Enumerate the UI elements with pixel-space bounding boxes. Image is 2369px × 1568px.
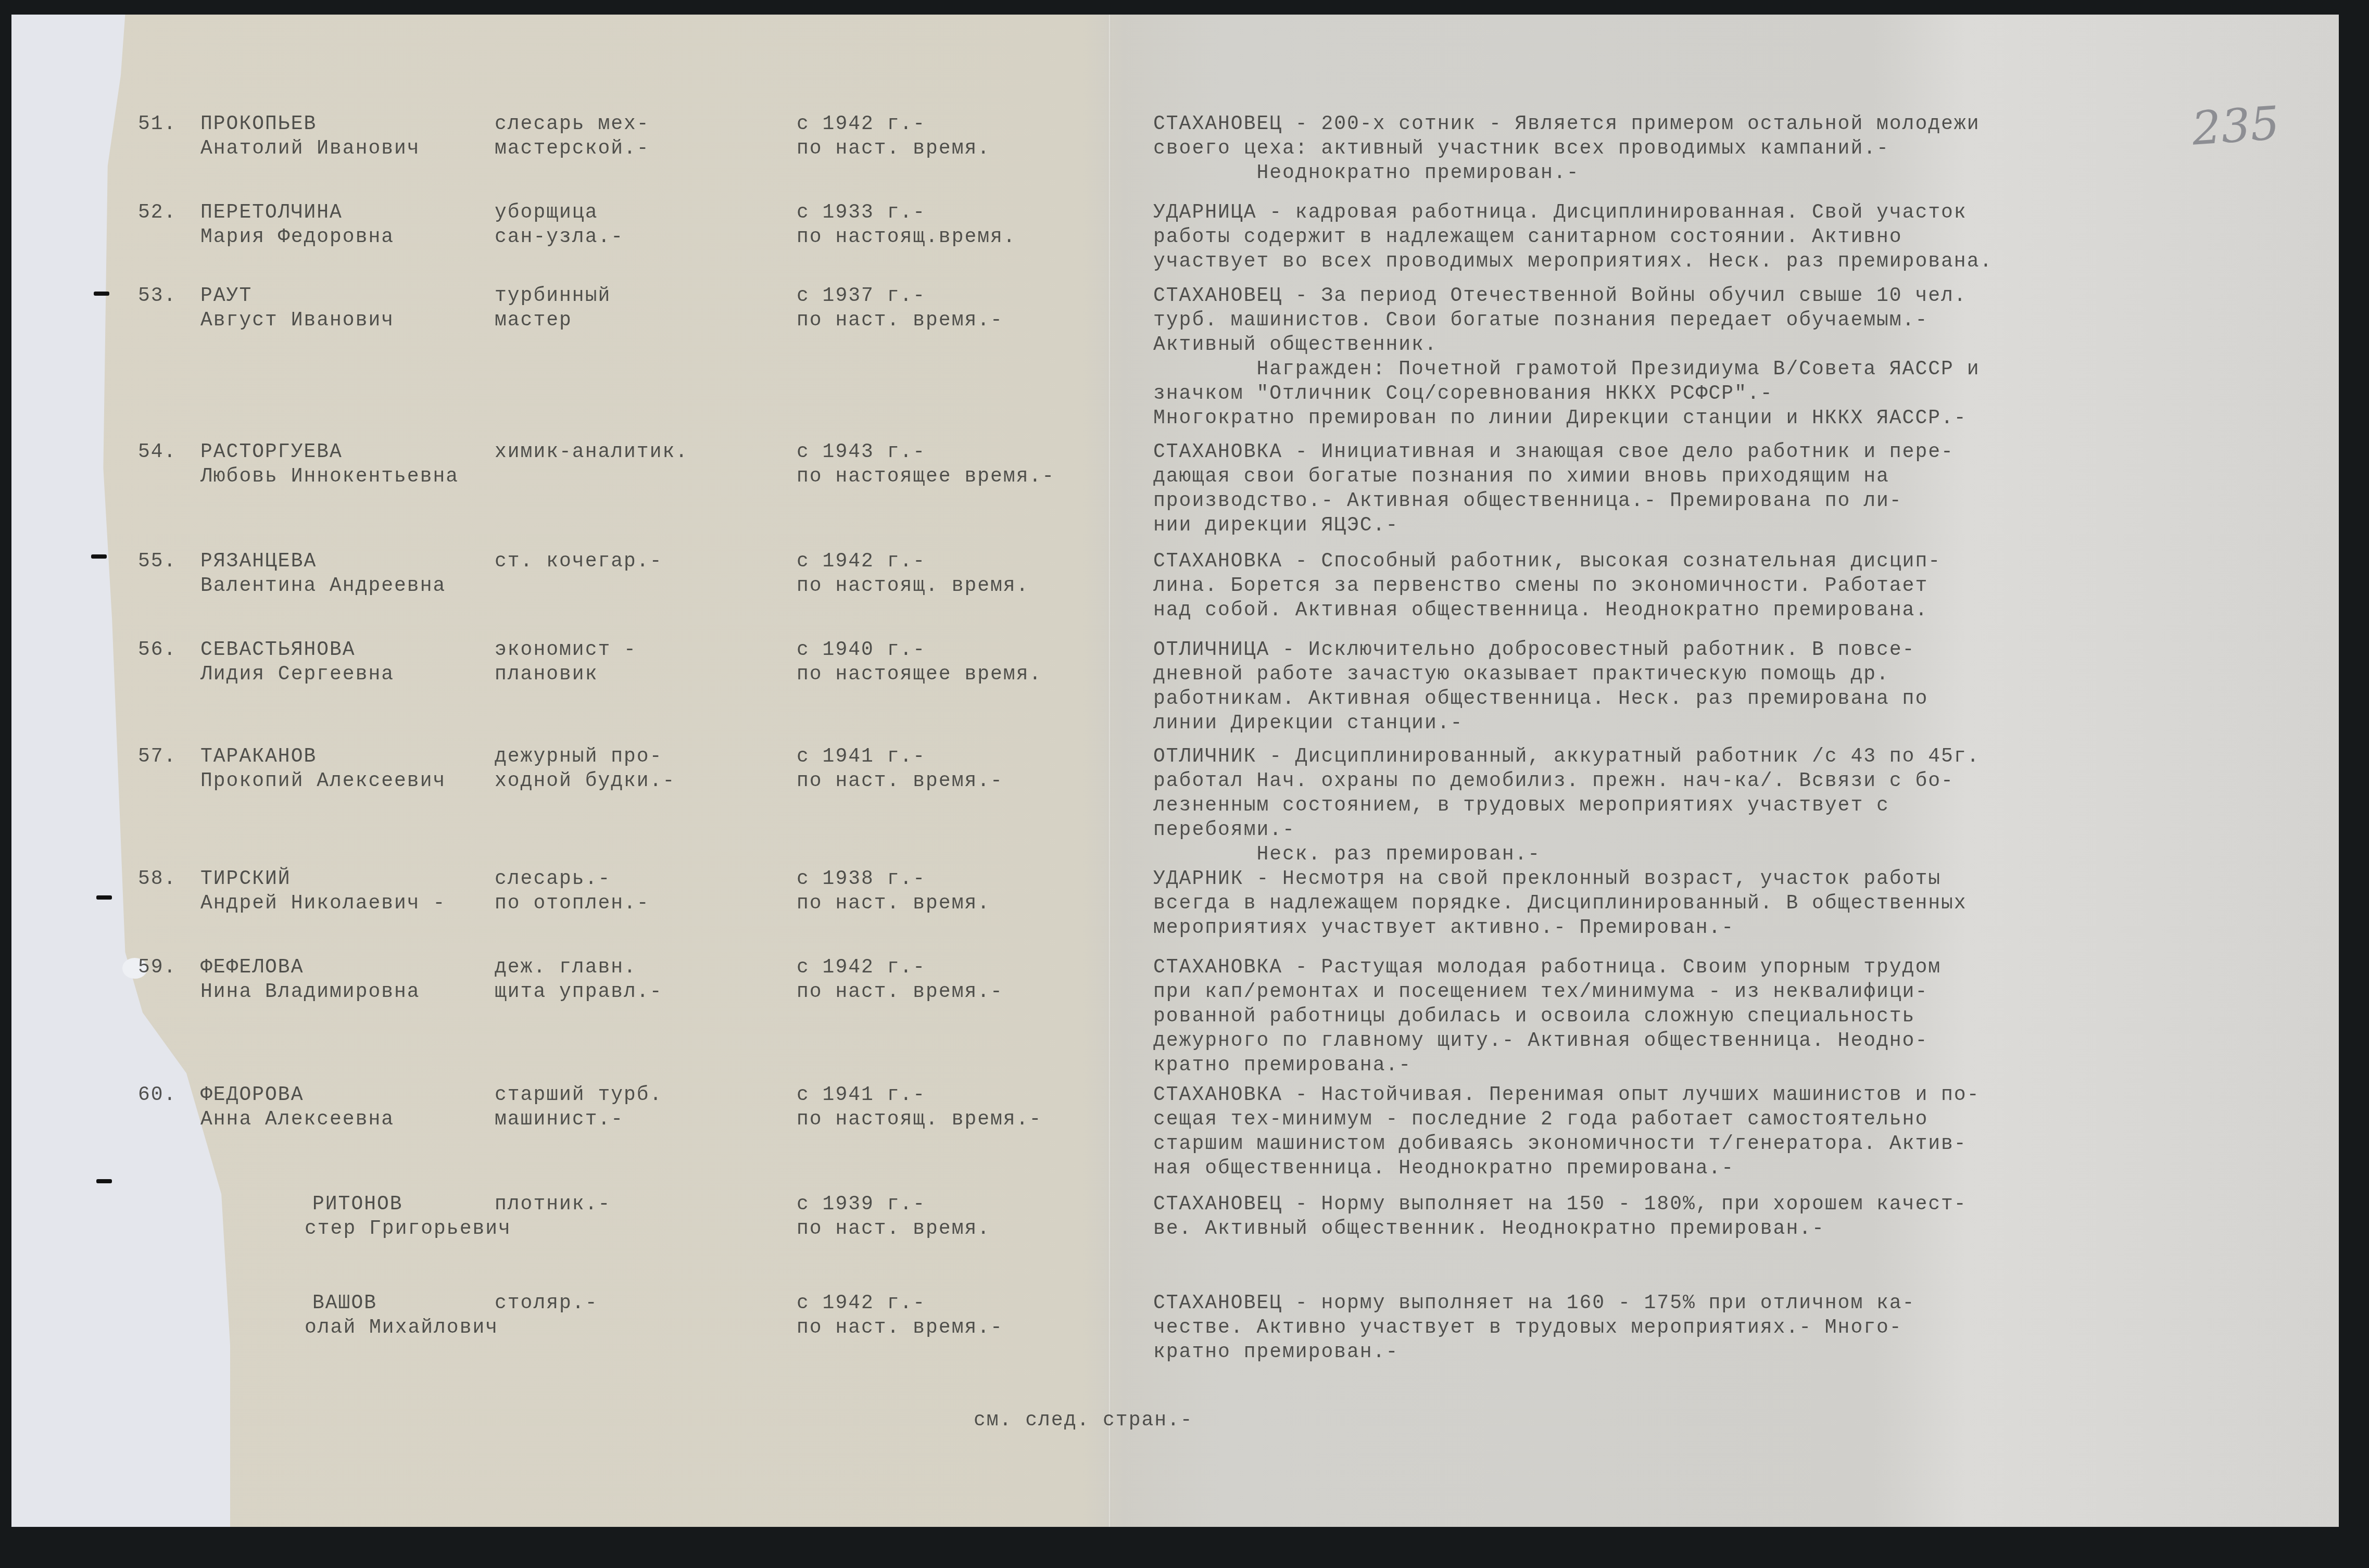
entry-period-line: с 1937 г.- [797,284,926,308]
entry-given-names: Любовь Иннокентьевна [200,464,459,489]
entry-period-line: по наст. время.- [797,308,1003,333]
entry-description-line: СТАХАНОВКА - Растущая молодая работница.… [1153,955,1941,980]
entry-surname: РАСТОРГУЕВА [200,440,343,464]
entry-given-names: олай Михайлович [305,1316,498,1340]
entry-period-line: по наст. время.- [797,769,1003,793]
staple-mark [91,554,107,559]
entry-description-line: ОТЛИЧНИЦА - Исключительно добросовестный… [1153,638,1915,662]
entry-number: 55. [138,549,177,574]
entry-description-line: СТАХАНОВЕЦ - норму выполняет на 160 - 17… [1153,1291,1915,1316]
entry-position-line: мастерской.- [495,136,650,161]
entry-period-line: с 1942 г.- [797,955,926,980]
entry-position-line: столяр.- [495,1291,598,1316]
entry-given-names: Мария Федоровна [200,225,394,249]
entry-position-line: сан-узла.- [495,225,624,249]
entry-number: 58. [138,867,177,891]
entry-period-line: с 1939 г.- [797,1192,926,1217]
continued-next-page-note: см. след. стран.- [974,1408,1193,1433]
entry-position-line: экономист - [495,638,637,662]
entry-description-line: мероприятиях участвует активно.- Премиро… [1153,916,1734,940]
entry-period-line: по настоящее время. [797,662,1042,687]
entry-surname: ПЕРЕТОЛЧИНА [200,200,343,225]
entry-description-line: работы содержит в надлежащем санитарном … [1153,225,1902,249]
entry-position-line: слесарь.- [495,867,611,891]
entry-position-line: химик-аналитик. [495,440,688,464]
entry-description-line: ОТЛИЧНИК - Дисциплинированный, аккуратны… [1153,744,1980,769]
entry-period-line: по настоящ. время.- [797,1107,1042,1132]
entry-description-line: СТАХАНОВКА - Настойчивая. Перенимая опыт… [1153,1083,1980,1107]
entry-position-line: плотник.- [495,1192,611,1217]
staple-mark [96,895,112,900]
entry-period-line: с 1933 г.- [797,200,926,225]
center-fold [1108,15,1111,1527]
entry-given-names: Август Иванович [200,308,394,333]
entry-position-line: уборщица [495,200,598,225]
entry-description-line: ве. Активный общественник. Неоднократно … [1153,1217,1825,1241]
entry-period-line: по настоящее время.- [797,464,1055,489]
entry-surname: ФЕДОРОВА [200,1083,304,1107]
entry-given-names: Валентина Андреевна [200,574,446,598]
entry-period-line: с 1938 г.- [797,867,926,891]
entry-description-line: дежурного по главному щиту.- Активная об… [1153,1029,1928,1053]
entry-description-line: СТАХАНОВКА - Способный работник, высокая… [1153,549,1941,574]
entry-description-line: СТАХАНОВКА - Инициативная и знающая свое… [1153,440,1954,464]
entry-given-names: Анатолий Иванович [200,136,420,161]
entry-given-names: Андрей Николаевич - [200,891,446,916]
entry-position-line: плановик [495,662,598,687]
entry-period-line: с 1941 г.- [797,744,926,769]
entry-description-line: всегда в надлежащем порядке. Дисциплинир… [1153,891,1967,916]
entry-period-line: по наст. время. [797,136,990,161]
entry-description-line: СТАХАНОВЕЦ - За период Отечественной Вой… [1153,284,1967,308]
entry-description-line: Многократно премирован по линии Дирекции… [1153,406,1967,431]
entry-description-line: сещая тех-минимум - последние 2 года раб… [1153,1107,1928,1132]
entry-description-line: СТАХАНОВЕЦ - 200-х сотник - Является при… [1153,112,1980,136]
entry-period-line: по наст. время.- [797,1316,1003,1340]
entry-position-line: старший турб. [495,1083,662,1107]
entry-description-line: работникам. Активная общественница. Неск… [1153,687,1928,711]
entry-description-line: лина. Борется за первенство смены по эко… [1153,574,1928,598]
entry-description-line: СТАХАНОВЕЦ - Норму выполняет на 150 - 18… [1153,1192,1967,1217]
entry-number: 57. [138,744,177,769]
staple-mark [96,1179,112,1183]
entry-surname: ТИРСКИЙ [200,867,291,891]
entry-period-line: по настоящ. время. [797,574,1029,598]
entry-description-line: дневной работе зачастую оказывает практи… [1153,662,1889,687]
entry-number: 60. [138,1083,177,1107]
entry-surname: РЯЗАНЦЕВА [200,549,317,574]
entry-description-line: Неоднократно премирован.- [1153,161,1580,185]
entry-description-line: честве. Активно участвует в трудовых мер… [1153,1316,1902,1340]
entry-period-line: по наст. время. [797,1217,990,1241]
entry-given-names: Лидия Сергеевна [200,662,394,687]
entry-period-line: по настоящ.время. [797,225,1016,249]
entry-description-line: УДАРНИЦА - кадровая работница. Дисциплин… [1153,200,1967,225]
entry-position-line: щита управл.- [495,980,662,1004]
entry-description-line: линии Дирекции станции.- [1153,711,1463,736]
entry-surname: ВАШОВ [312,1291,377,1316]
entry-description-line: Неск. раз премирован.- [1153,842,1541,867]
entry-period-line: с 1940 г.- [797,638,926,662]
entry-given-names: Анна Алексеевна [200,1107,394,1132]
entry-description-line: старшим машинистом добиваясь экономичнос… [1153,1132,1967,1156]
entry-description-line: над собой. Активная общественница. Неодн… [1153,598,1928,623]
entry-surname: СЕВАСТЬЯНОВА [200,638,356,662]
entry-position-line: ст. кочегар.- [495,549,662,574]
entry-surname: РИТОНОВ [312,1192,403,1217]
entry-given-names: стер Григорьевич [305,1217,511,1241]
entry-description-line: кратно премирован.- [1153,1340,1398,1364]
entry-description-line: рованной работницы добилась и освоила сл… [1153,1004,1915,1029]
entry-description-line: при кап/ремонтах и посещением тех/миниму… [1153,980,1928,1004]
entry-description-line: значком "Отличник Соц/соревнования НККХ … [1153,382,1773,406]
entry-description-line: нии дирекции ЯЦЭС.- [1153,513,1398,538]
entry-description-line: Награжден: Почетной грамотой Президиума … [1153,357,1980,382]
entry-period-line: по наст. время. [797,891,990,916]
entry-position-line: турбинный [495,284,611,308]
entry-position-line: дежурный про- [495,744,662,769]
entry-number: 59. [138,955,177,980]
handwritten-page-number: 235 [2190,96,2282,155]
entry-description-line: ная общественница. Неоднократно премиров… [1153,1156,1734,1181]
entry-description-line: работал Нач. охраны по демобилиз. прежн.… [1153,769,1954,793]
entry-surname: ТАРАКАНОВ [200,744,317,769]
entry-position-line: по отоплен.- [495,891,650,916]
entry-number: 53. [138,284,177,308]
entry-period-line: с 1942 г.- [797,549,926,574]
entry-position-line: ходной будки.- [495,769,675,793]
entry-period-line: по наст. время.- [797,980,1003,1004]
entry-description-line: перебоями.- [1153,818,1295,842]
entry-description-line: кратно премирована.- [1153,1053,1412,1078]
entry-description-line: производство.- Активная общественница.- … [1153,489,1902,513]
entry-given-names: Прокопий Алексеевич [200,769,446,793]
entry-period-line: с 1941 г.- [797,1083,926,1107]
entry-surname: ФЕФЕЛОВА [200,955,304,980]
entry-number: 51. [138,112,177,136]
entry-description-line: УДАРНИК - Несмотря на свой преклонный во… [1153,867,1941,891]
entry-number: 54. [138,440,177,464]
entry-description-line: турб. машинистов. Свои богатые познания … [1153,308,1928,333]
entry-number: 52. [138,200,177,225]
entry-surname: РАУТ [200,284,252,308]
staple-mark [94,292,109,296]
entry-position-line: мастер [495,308,572,333]
entry-description-line: Активный общественник. [1153,333,1438,357]
entry-period-line: с 1943 г.- [797,440,926,464]
entry-position-line: деж. главн. [495,955,637,980]
entry-surname: ПРОКОПЬЕВ [200,112,317,136]
entry-given-names: Нина Владимировна [200,980,420,1004]
entry-period-line: с 1942 г.- [797,1291,926,1316]
entry-description-line: участвует во всех проводимых мероприятия… [1153,249,1993,274]
entry-number: 56. [138,638,177,662]
entry-position-line: слесарь мех- [495,112,650,136]
entry-period-line: с 1942 г.- [797,112,926,136]
entry-position-line: машинист.- [495,1107,624,1132]
entry-description-line: своего цеха: активный участник всех пров… [1153,136,1889,161]
entry-description-line: лезненным состоянием, в трудовых меропри… [1153,793,1889,818]
entry-description-line: дающая свои богатые познания по химии вн… [1153,464,1889,489]
